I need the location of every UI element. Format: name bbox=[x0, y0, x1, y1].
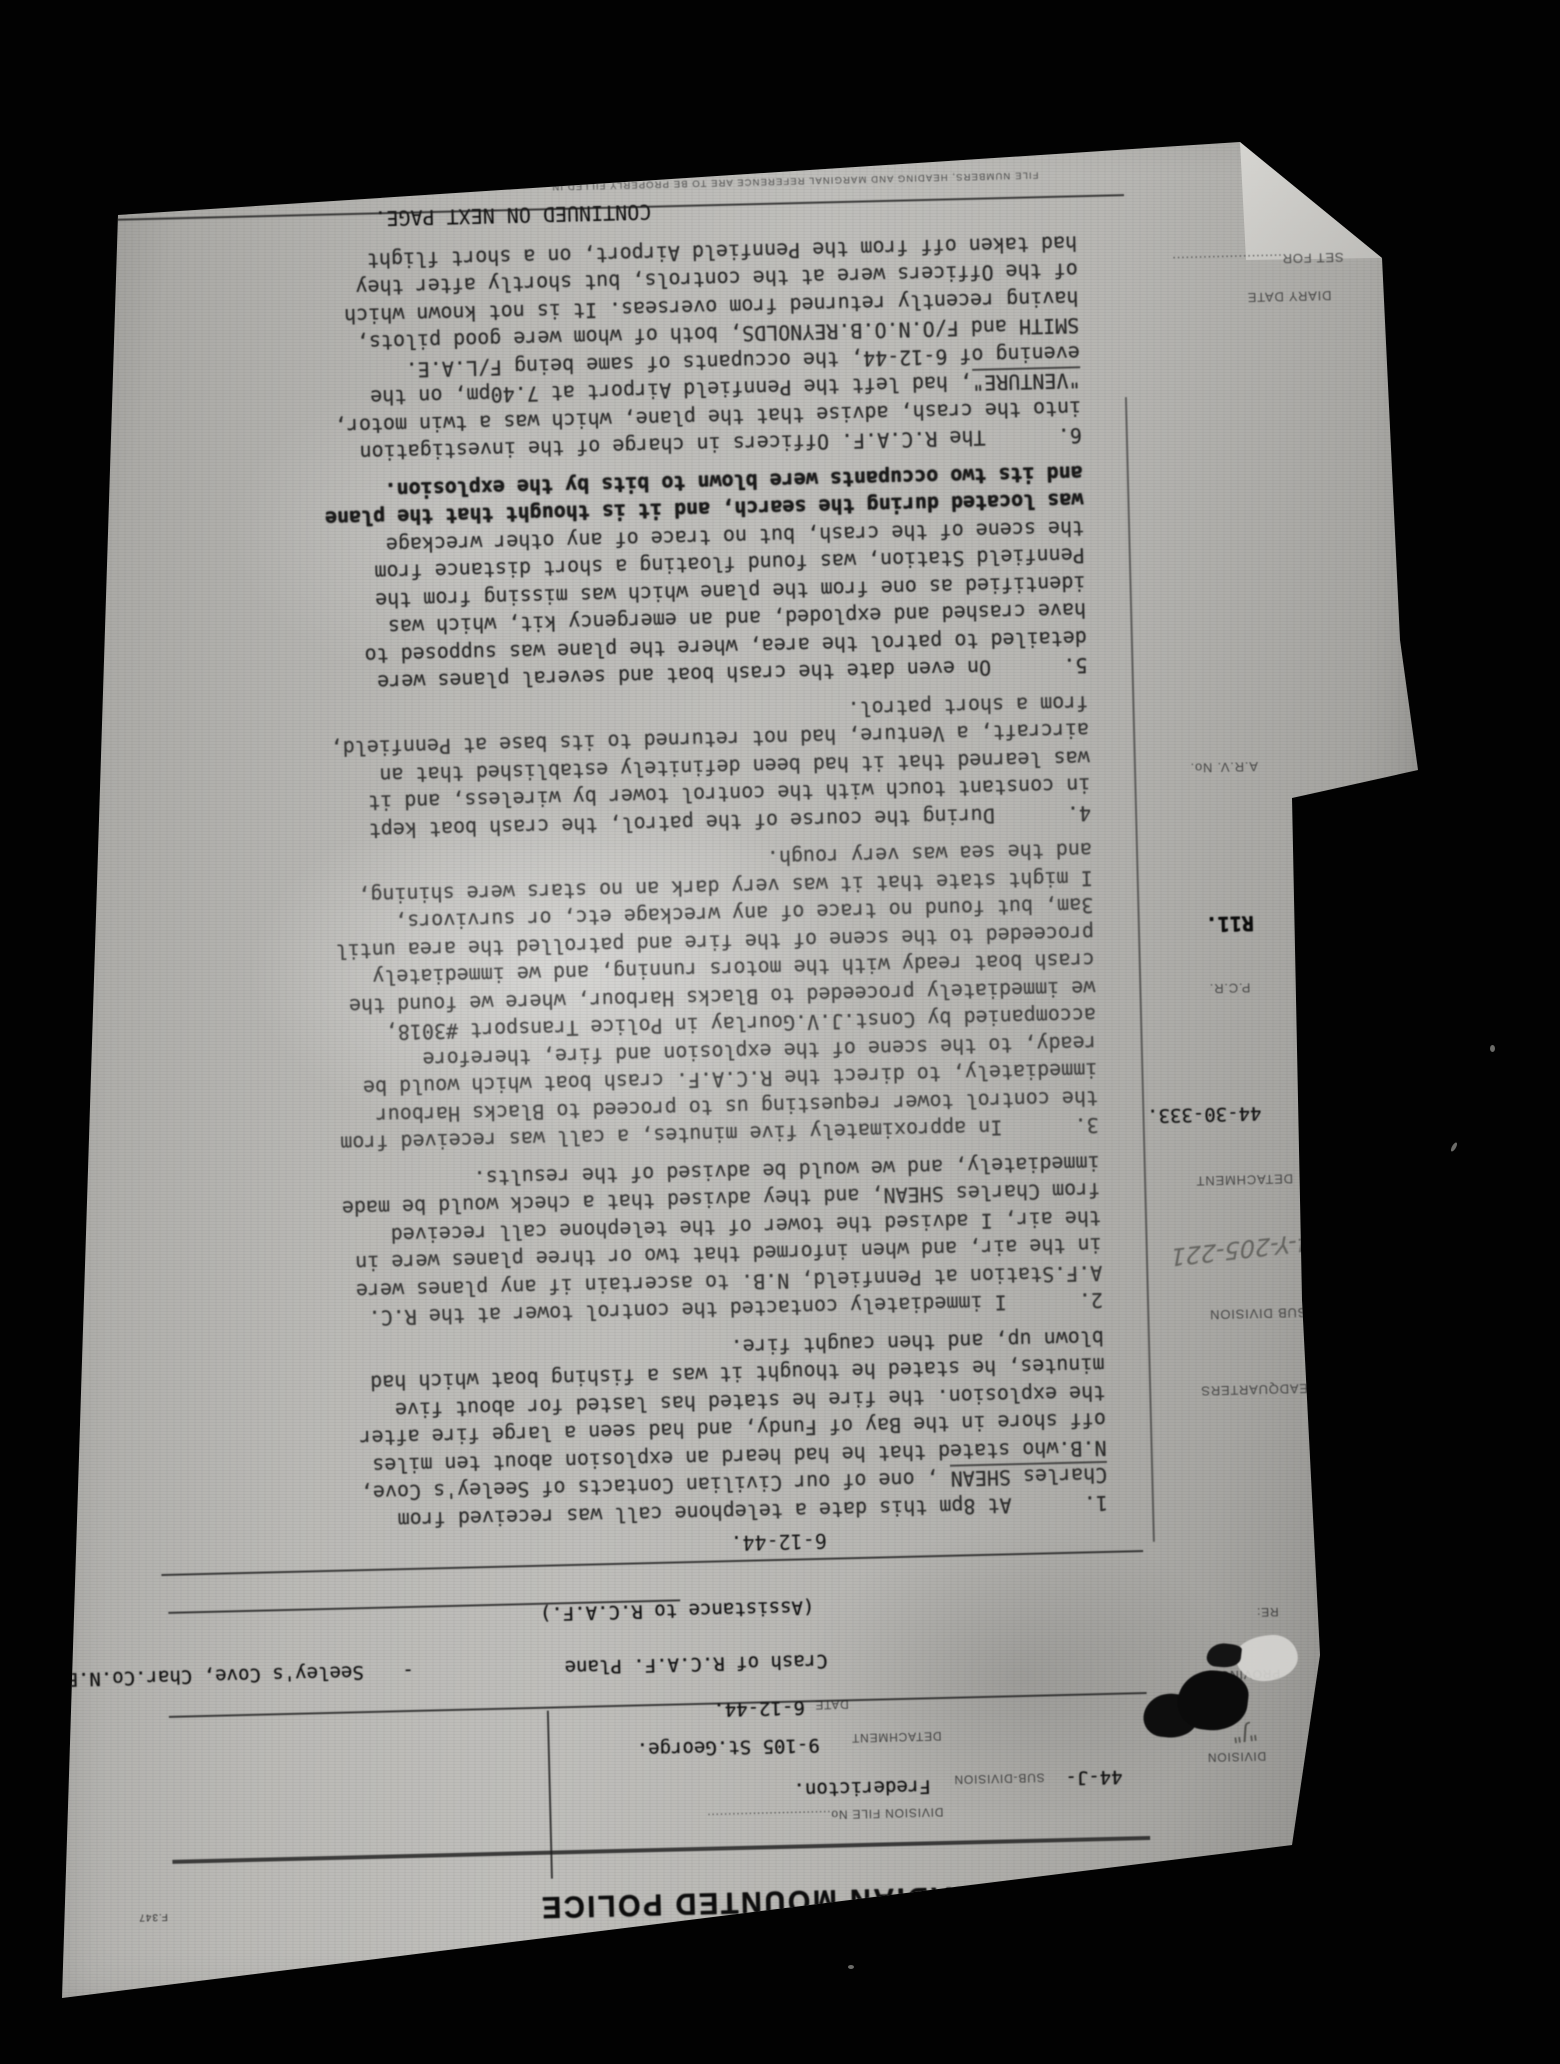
dust-speck bbox=[848, 1965, 854, 1969]
detachment-value: 9-105 St.George. bbox=[637, 1734, 821, 1760]
form-number: F.347 bbox=[138, 1911, 168, 1923]
margin-item: SET FOR......................... bbox=[1171, 250, 1343, 269]
dust-speck bbox=[1490, 1045, 1495, 1052]
margin-item: SUB DIVISION bbox=[1209, 1305, 1306, 1322]
margin-column: HEADQUARTERSSUB DIVISION44-Y-205-221DETA… bbox=[87, 1953, 1417, 1985]
footer-instruction: FILE NUMBERS, HEADING AND MARGINAL REFER… bbox=[551, 169, 1038, 192]
division-file-value: 44-J- bbox=[1065, 1766, 1123, 1789]
date-value: 6-12-44. bbox=[713, 1696, 805, 1720]
paper-tear-highlight bbox=[1235, 1634, 1298, 1682]
document-page: ROYAL CANADIAN MOUNTED POLICE F.347 DIVI… bbox=[40, 110, 1440, 2020]
margin-item: HEADQUARTERS bbox=[1200, 1381, 1318, 1399]
re-dash: - bbox=[402, 1660, 414, 1682]
header-mid-rule bbox=[169, 1693, 1147, 1718]
margin-item: 44-30-333. bbox=[1147, 1102, 1262, 1127]
page-title: ROYAL CANADIAN MOUNTED POLICE bbox=[539, 1874, 1144, 1923]
report-body: 6-12-44.1. At 8pm this date a telephone … bbox=[86, 190, 1109, 1570]
sub-division-value: Fredericton. bbox=[793, 1775, 931, 1800]
body-left-rule bbox=[1125, 397, 1154, 1542]
microfilm-frame: ROYAL CANADIAN MOUNTED POLICE F.347 DIVI… bbox=[0, 0, 1560, 2064]
margin-item: 44-Y-205-221 bbox=[1170, 1226, 1327, 1272]
margin-item: DIARY DATE bbox=[1247, 288, 1332, 305]
re-location: Seeley's Cove, Char.Co.N.B. bbox=[55, 1661, 364, 1691]
detachment-label: DETACHMENT bbox=[851, 1729, 942, 1745]
title-rule bbox=[172, 1836, 1150, 1863]
dust-speck bbox=[1450, 1142, 1458, 1153]
division-file-label: DIVISION FILE No........................… bbox=[706, 1805, 943, 1825]
margin-item: P.C.R. bbox=[1209, 980, 1251, 996]
margin-item: DETACHMENT bbox=[1196, 1171, 1294, 1188]
re-subject: Crash of R.C.A.F. Plane bbox=[564, 1650, 828, 1678]
margin-item: A.R.V. No. bbox=[1190, 759, 1259, 776]
report-content: ROYAL CANADIAN MOUNTED POLICE F.347 DIVI… bbox=[43, 134, 1417, 1986]
margin-item: R11. bbox=[1205, 911, 1254, 936]
sub-division-label: SUB-DIVISION bbox=[954, 1771, 1045, 1787]
division-label: DIVISION bbox=[1207, 1749, 1266, 1764]
re-label: RE: bbox=[1256, 1605, 1279, 1620]
